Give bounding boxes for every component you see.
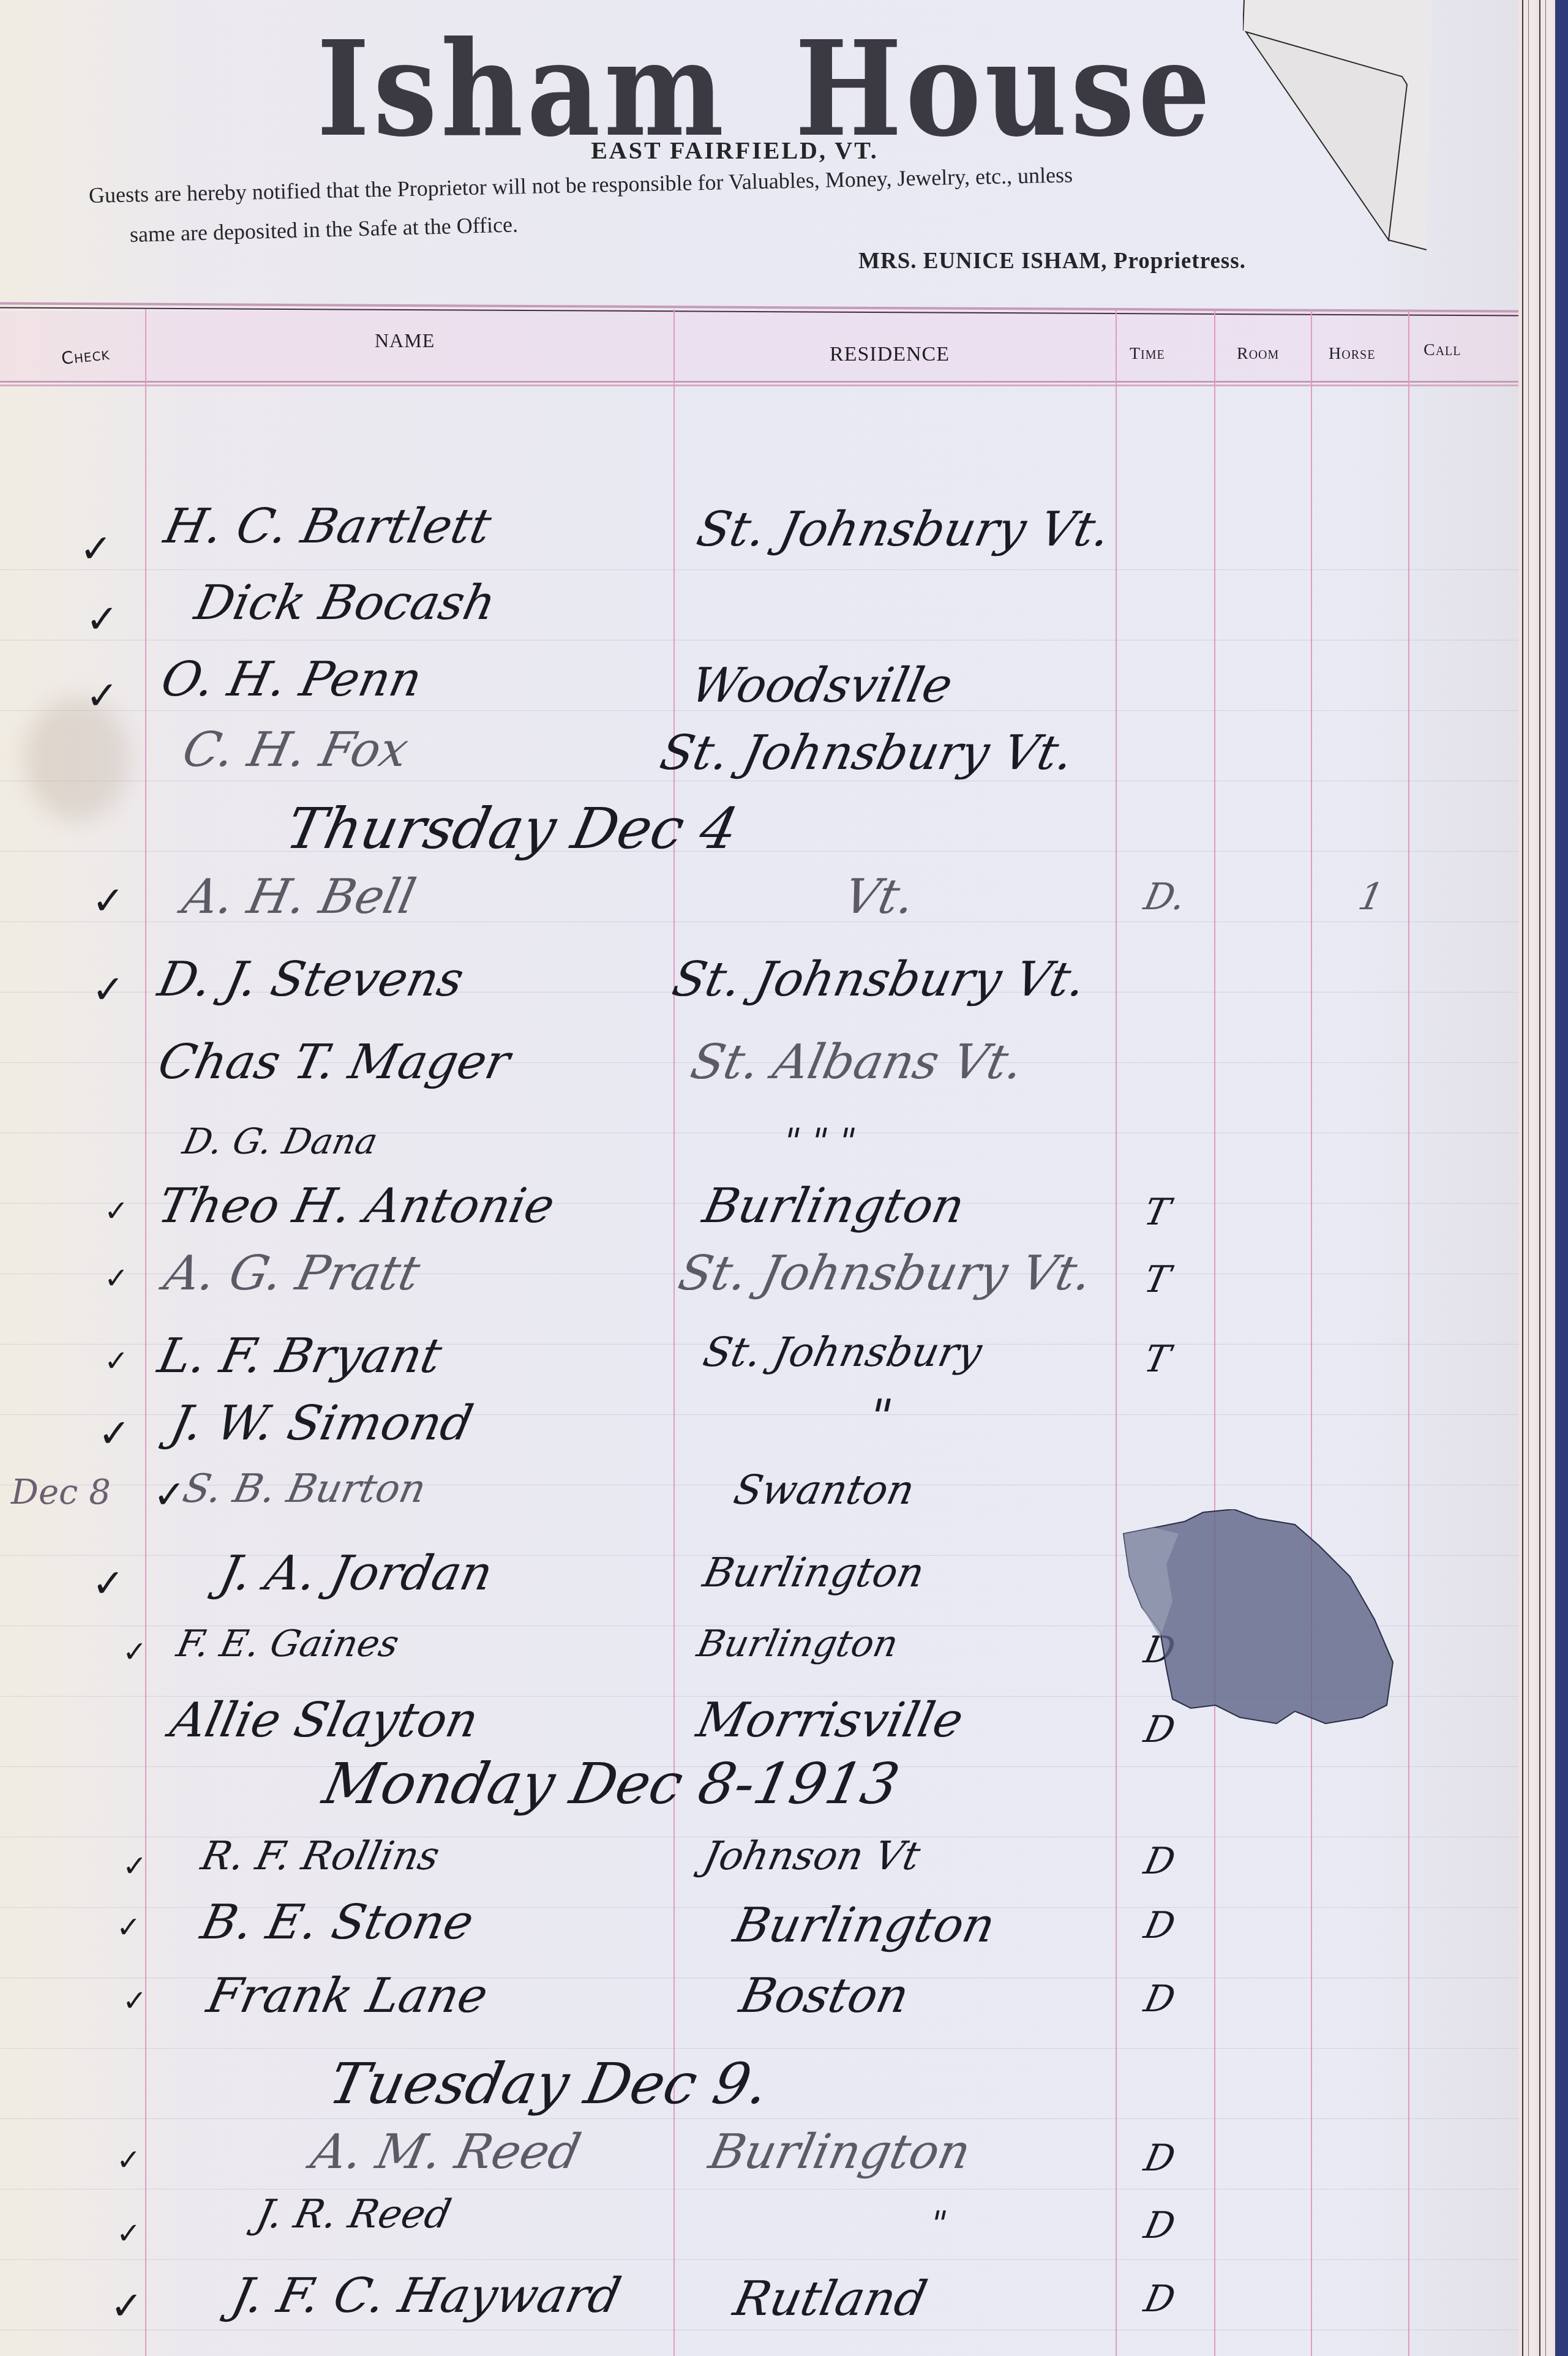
ruled-line <box>0 640 1518 640</box>
column-divider-time <box>1214 309 1215 2356</box>
guest-name: D. G. Dana <box>179 1120 381 1162</box>
guest-name: F. E. Gaines <box>173 1623 403 1665</box>
guest-name: J. W. Simond <box>165 1396 478 1451</box>
check-mark: ✓ <box>104 1344 129 1378</box>
folded-corner <box>1243 0 1433 257</box>
guest-name: Chas T. Mager <box>153 1035 514 1090</box>
column-header-band <box>0 311 1518 383</box>
guest-residence: St. Johnsbury Vt. <box>667 952 1090 1007</box>
column-header-residence: RESIDENCE <box>830 343 950 366</box>
guest-name: J. F. C. Hayward <box>227 2268 625 2324</box>
check-mark: ✓ <box>86 673 119 719</box>
guest-name: Dick Bocash <box>190 576 500 631</box>
check-mark: ✓ <box>92 1561 125 1607</box>
column-header-call: Call <box>1424 340 1461 360</box>
guest-residence: Rutland <box>729 2272 931 2327</box>
guest-name: L. F. Bryant <box>153 1329 446 1384</box>
proprietress-line: MRS. EUNICE ISHAM, Proprietress. <box>858 248 1246 274</box>
column-header-room: Room <box>1237 344 1279 364</box>
guest-residence: St. Johnsbury Vt. <box>692 502 1115 557</box>
guest-residence: Burlington <box>698 1179 969 1234</box>
guest-residence: Swanton <box>730 1466 919 1514</box>
page-edges <box>1518 0 1555 2356</box>
guest-residence: Woodsville <box>686 658 957 713</box>
check-mark: ✓ <box>116 2143 141 2177</box>
check-mark: ✓ <box>104 1261 129 1296</box>
check-mark: ✓ <box>122 1635 147 1669</box>
date-line: Monday Dec 8-1913 <box>318 1751 905 1817</box>
column-divider-check <box>145 309 146 2356</box>
check-mark: ✓ <box>98 1411 131 1457</box>
guest-residence: Burlington <box>699 1549 929 1596</box>
ruled-line <box>0 2118 1518 2119</box>
guest-name: S. B. Burton <box>179 1466 430 1512</box>
check-mark: ✓ <box>110 2284 143 2329</box>
column-header-horse: Horse <box>1329 344 1375 364</box>
ruled-line <box>0 2189 1518 2189</box>
guest-residence: Burlington <box>694 1623 902 1665</box>
check-mark: ✓ <box>80 527 113 572</box>
column-divider-name <box>673 309 675 2356</box>
margin-date-note: Dec 8 <box>11 1472 111 1512</box>
guest-residence: Morrisville <box>692 1693 968 1748</box>
ruled-line <box>0 851 1518 852</box>
guest-name: Frank Lane <box>202 1968 492 2024</box>
date-line: Thursday Dec 4 <box>281 796 744 861</box>
ruled-line <box>0 569 1518 570</box>
guest-name: B. E. Stone <box>196 1895 478 1950</box>
ruled-line <box>0 2259 1518 2260</box>
ruled-line <box>0 2330 1518 2330</box>
check-mark: ✓ <box>122 1849 147 1883</box>
check-mark: ✓ <box>122 1984 147 2018</box>
guest-name: Theo H. Antonie <box>153 1179 559 1234</box>
column-header-time: Time <box>1130 344 1165 364</box>
guest-residence: St. Johnsbury Vt. <box>655 726 1078 781</box>
guest-name: H. C. Bartlett <box>159 499 495 554</box>
guest-residence: Johnson Vt <box>699 1834 924 1879</box>
guest-residence: " " " <box>779 1120 860 1162</box>
check-mark: ✓ <box>116 1910 141 1945</box>
guest-name: C. H. Fox <box>178 722 413 778</box>
column-divider-room <box>1311 309 1312 2356</box>
guest-residence: Burlington <box>704 2125 975 2180</box>
guest-name: A. G. Pratt <box>159 1246 424 1301</box>
column-divider-residence <box>1116 309 1117 2356</box>
guest-residence: St. Johnsbury <box>699 1329 986 1376</box>
guest-residence: St. Johnsbury Vt. <box>673 1246 1097 1301</box>
ruled-line <box>0 781 1518 781</box>
ruled-line <box>0 2048 1518 2049</box>
column-header-name: NAME <box>375 329 435 352</box>
check-mark: ✓ <box>92 879 125 924</box>
guest-residence: St. Albans Vt. <box>686 1035 1028 1090</box>
guest-residence: Vt. <box>839 869 920 925</box>
guest-residence: Burlington <box>729 1898 1000 1953</box>
guest-name: Allie Slayton <box>165 1693 483 1748</box>
check-mark: ✓ <box>104 1194 129 1228</box>
guest-name: R. F. Rollins <box>197 1834 443 1879</box>
guest-residence: Boston <box>735 1968 913 2024</box>
guest-name: A. H. Bell <box>178 869 420 925</box>
check-mark: ✓ <box>92 967 125 1013</box>
guest-name: J. A. Jordan <box>214 1546 497 1601</box>
book-binding <box>1555 0 1568 2356</box>
ink-blot <box>1117 1509 1405 1736</box>
header-bottom-rule <box>0 381 1518 386</box>
guest-name: A. M. Reed <box>306 2125 585 2180</box>
date-line: Tuesday Dec 9. <box>324 2051 775 2117</box>
guest-name: O. H. Penn <box>156 652 426 707</box>
check-mark: ✓ <box>86 597 119 642</box>
check-mark: ✓ <box>116 2216 141 2251</box>
guest-name: D. J. Stevens <box>153 952 468 1007</box>
column-divider-horse <box>1408 309 1409 2356</box>
guest-name: J. R. Reed <box>252 2192 455 2237</box>
